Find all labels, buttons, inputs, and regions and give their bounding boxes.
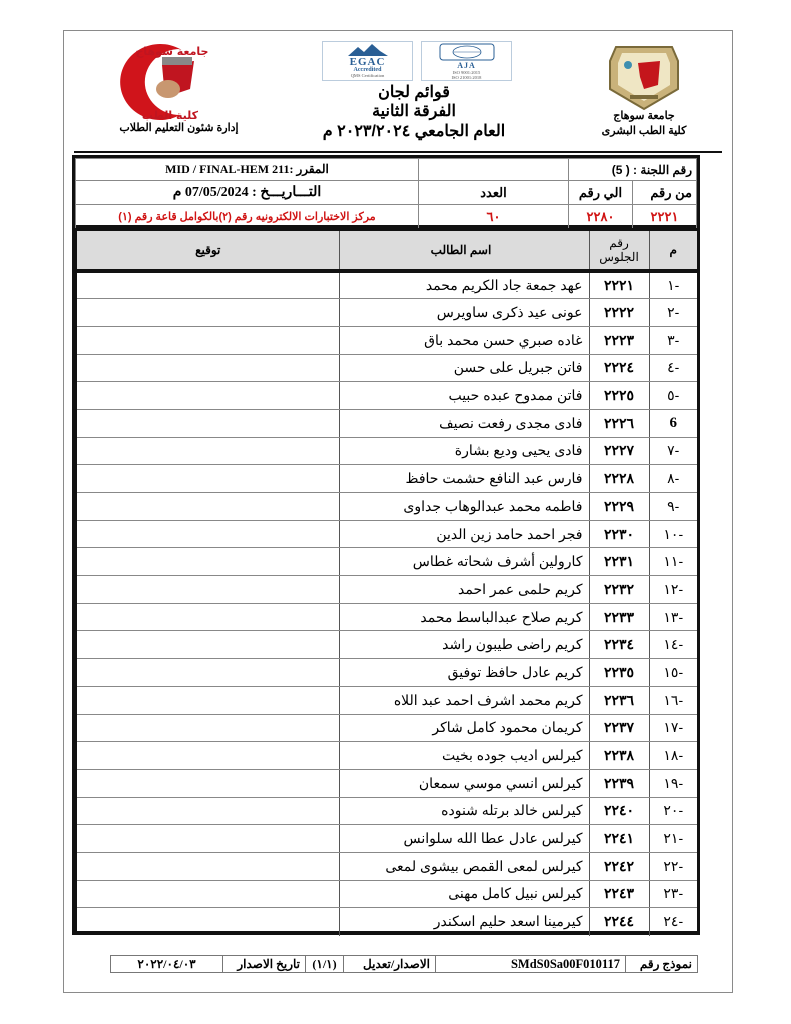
seat-number: ٢٢٢٩: [589, 493, 649, 521]
student-name: فادى يحيى وديع بشارة: [339, 437, 589, 465]
row-index: -٢: [649, 299, 697, 327]
student-name: كريم حلمى عمر احمد: [339, 576, 589, 604]
seat-number: ٢٢٢٣: [589, 326, 649, 354]
table-row: -١٩٢٢٣٩كيرلس انسي موسي سمعان: [77, 769, 697, 797]
signature-field[interactable]: [77, 465, 339, 493]
student-name: كيرلس نبيل كامل مهنى: [339, 880, 589, 908]
row-index: -٢١: [649, 825, 697, 853]
document-title: قوائم لجان الفرقة الثانية العام الجامعي …: [294, 83, 534, 142]
table-row: -١٣٢٢٣٣كريم صلاح عبدالباسط محمد: [77, 603, 697, 631]
row-index: -١٤: [649, 631, 697, 659]
issue-date-value: ٢٠٢٢/٠٤/٠٣: [111, 956, 222, 972]
aja-certification-logo: AJA ISO 9001:2015 ISO 21001:2018: [421, 41, 512, 81]
form-footer: نموذج رقم SMdS0Sa00F010117 الاصدار/تعديل…: [110, 955, 698, 973]
table-row: -٣٢٢٢٣غاده صبري حسن محمد باق: [77, 326, 697, 354]
student-name: كيرمينا اسعد حليم اسكندر: [339, 908, 589, 936]
seat-number: ٢٢٢٦: [589, 409, 649, 437]
signature-field[interactable]: [77, 908, 339, 936]
seat-number: ٢٢٤٤: [589, 908, 649, 936]
table-row: -١٢٢٢٣٢كريم حلمى عمر احمد: [77, 576, 697, 604]
row-index: -٢٠: [649, 797, 697, 825]
course-code: المقرر :MID / FINAL-HEM 211: [76, 159, 419, 181]
egac-accreditation-logo: EGAC Accredited QMS Certification: [322, 41, 413, 81]
student-name: فارس عبد النافع حشمت حافظ: [339, 465, 589, 493]
table-row: -٨٢٢٢٨فارس عبد النافع حشمت حافظ: [77, 465, 697, 493]
table-row: -١٧٢٢٣٧كريمان محمود كامل شاكر: [77, 714, 697, 742]
row-index: -١١: [649, 548, 697, 576]
student-name: كريمان محمود كامل شاكر: [339, 714, 589, 742]
signature-field[interactable]: [77, 852, 339, 880]
signature-field[interactable]: [77, 742, 339, 770]
row-index: -١٢: [649, 576, 697, 604]
table-row: -١٢٢٢١عهد جمعة جاد الكريم محمد: [77, 271, 697, 299]
column-header-student-name: اسم الطالب: [339, 231, 589, 271]
table-row: -٥٢٢٢٥فاتن ممدوح عبده حبيب: [77, 382, 697, 410]
seat-number: ٢٢٤٢: [589, 852, 649, 880]
seat-number: ٢٢٤١: [589, 825, 649, 853]
university-caption: جامعة سوهاج كلية الطب البشرى: [589, 109, 699, 139]
student-name: كريم راضى طيبون راشد: [339, 631, 589, 659]
from-number-label: من رقم: [633, 181, 697, 205]
table-row: -٤٢٢٢٤فاتن جبريل على حسن: [77, 354, 697, 382]
document-page: جامعة سوهاج كلية الطب إدارة شئون التعليم…: [63, 30, 733, 993]
signature-field[interactable]: [77, 548, 339, 576]
table-row: -١٠٢٢٣٠فجر احمد حامد زين الدين: [77, 520, 697, 548]
student-name: عهد جمعة جاد الكريم محمد: [339, 271, 589, 299]
signature-field[interactable]: [77, 880, 339, 908]
seat-number: ٢٢٣٤: [589, 631, 649, 659]
title-committee-lists: قوائم لجان: [294, 83, 534, 102]
seat-number: ٢٢٣١: [589, 548, 649, 576]
signature-field[interactable]: [77, 520, 339, 548]
row-index: -١٦: [649, 686, 697, 714]
signature-field[interactable]: [77, 825, 339, 853]
row-index: 6: [649, 409, 697, 437]
signature-field[interactable]: [77, 603, 339, 631]
student-name: فاتن ممدوح عبده حبيب: [339, 382, 589, 410]
seat-number: ٢٢٣٠: [589, 520, 649, 548]
document-header: جامعة سوهاج كلية الطب إدارة شئون التعليم…: [64, 31, 732, 156]
student-name: كيرلس لمعى القمص بيشوى لمعى: [339, 852, 589, 880]
student-name: كيرلس اديب جوده بخيت: [339, 742, 589, 770]
table-row: -١١٢٢٣١كارولين أشرف شحاته غطاس: [77, 548, 697, 576]
globe-icon: [439, 43, 495, 61]
student-name: كريم عادل حافظ توفيق: [339, 659, 589, 687]
to-number-label: الي رقم: [569, 181, 633, 205]
student-list-table: م رقم الجلوس اسم الطالب توقيع -١٢٢٢١عهد …: [72, 228, 700, 935]
table-row: -١٦٢٢٣٦كريم محمد اشرف احمد عبد اللاه: [77, 686, 697, 714]
row-index: -١: [649, 271, 697, 299]
row-index: -١٧: [649, 714, 697, 742]
committee-info-table: رقم اللجنة : ( 5) المقرر :MID / FINAL-HE…: [72, 155, 700, 228]
table-row: -٩٢٢٢٩فاطمه محمد عبدالوهاب جداوى: [77, 493, 697, 521]
row-index: -٢٤: [649, 908, 697, 936]
seat-number: ٢٢٢٧: [589, 437, 649, 465]
to-number-value: ٢٢٨٠: [569, 205, 633, 229]
seat-number: ٢٢٣٧: [589, 714, 649, 742]
from-number-value: ٢٢٢١: [633, 205, 697, 229]
seat-number: ٢٢٢٨: [589, 465, 649, 493]
exam-date: التـــاريـــخ : 07/05/2024 م: [76, 181, 419, 205]
committee-number: رقم اللجنة : ( 5): [569, 159, 697, 181]
signature-field[interactable]: [77, 493, 339, 521]
row-index: -٤: [649, 354, 697, 382]
table-row: -٢٣٢٢٤٣كيرلس نبيل كامل مهنى: [77, 880, 697, 908]
seat-number: ٢٢٣٢: [589, 576, 649, 604]
table-row: -٢٤٢٢٤٤كيرمينا اسعد حليم اسكندر: [77, 908, 697, 936]
count-label: العدد: [419, 181, 569, 205]
signature-field[interactable]: [77, 659, 339, 687]
seat-number: ٢٢٢٢: [589, 299, 649, 327]
table-row: -٢١٢٢٤١كيرلس عادل عطا الله سلوانس: [77, 825, 697, 853]
certification-logos: EGAC Accredited QMS Certification AJA IS…: [322, 41, 512, 81]
sohag-university-crest-icon: [604, 41, 684, 111]
table-row: -٢٠٢٢٤٠كيرلس خالد برتله شنوده: [77, 797, 697, 825]
student-name: كيرلس خالد برتله شنوده: [339, 797, 589, 825]
seat-number: ٢٢٢٤: [589, 354, 649, 382]
row-index: -٢٢: [649, 852, 697, 880]
seat-number: ٢٢٣٥: [589, 659, 649, 687]
signature-field[interactable]: [77, 354, 339, 382]
table-row: -١٨٢٢٣٨كيرلس اديب جوده بخيت: [77, 742, 697, 770]
row-index: -٣: [649, 326, 697, 354]
seat-number: ٢٢٢١: [589, 271, 649, 299]
issue-date-label: تاريخ الاصدار: [222, 956, 305, 972]
department-caption: إدارة شئون التعليم الطلاب: [114, 121, 244, 134]
seat-number: ٢٢٤٠: [589, 797, 649, 825]
signature-field[interactable]: [77, 299, 339, 327]
column-header-index: م: [649, 231, 697, 271]
faculty-of-medicine-logo-icon: جامعة سوهاج كلية الطب: [102, 39, 222, 125]
table-header-row: م رقم الجلوس اسم الطالب توقيع: [77, 231, 697, 271]
seat-number: ٢٢٢٥: [589, 382, 649, 410]
signature-field[interactable]: [77, 271, 339, 299]
signature-field[interactable]: [77, 714, 339, 742]
column-header-seat-number: رقم الجلوس: [589, 231, 649, 271]
student-name: فاتن جبريل على حسن: [339, 354, 589, 382]
signature-field[interactable]: [77, 437, 339, 465]
exam-venue: مركز الاختبارات الالكترونيه رقم (٢)بالكو…: [76, 205, 419, 229]
table-row: -٢٢٢٢٤٢كيرلس لمعى القمص بيشوى لمعى: [77, 852, 697, 880]
student-name: فجر احمد حامد زين الدين: [339, 520, 589, 548]
signature-field[interactable]: [77, 797, 339, 825]
row-index: -٨: [649, 465, 697, 493]
seat-number: ٢٢٣٩: [589, 769, 649, 797]
table-row: -١٤٢٢٣٤كريم راضى طيبون راشد: [77, 631, 697, 659]
count-value: ٦٠: [419, 205, 569, 229]
signature-field[interactable]: [77, 769, 339, 797]
row-index: -٢٣: [649, 880, 697, 908]
form-number-value: SMdS0Sa00F010117: [435, 956, 625, 972]
signature-field[interactable]: [77, 686, 339, 714]
student-name: عونى عيد ذكرى ساويرس: [339, 299, 589, 327]
title-academic-year: العام الجامعي ٢٠٢٣/٢٠٢٤ م: [294, 122, 534, 142]
student-name: كيرلس عادل عطا الله سلوانس: [339, 825, 589, 853]
row-index: -١٣: [649, 603, 697, 631]
signature-field[interactable]: [77, 631, 339, 659]
title-academic-year-level: الفرقة الثانية: [294, 102, 534, 122]
signature-field[interactable]: [77, 326, 339, 354]
row-index: -١٥: [649, 659, 697, 687]
issue-revision-label: الاصدار/تعديل: [343, 956, 435, 972]
header-divider: [74, 151, 722, 153]
row-index: -١٠: [649, 520, 697, 548]
row-index: -١٨: [649, 742, 697, 770]
table-row: -٢٢٢٢٢عونى عيد ذكرى ساويرس: [77, 299, 697, 327]
form-number-label: نموذج رقم: [625, 956, 697, 972]
student-name: كريم صلاح عبدالباسط محمد: [339, 603, 589, 631]
table-row: 6٢٢٢٦فادى مجدى رفعت نصيف: [77, 409, 697, 437]
signature-field[interactable]: [77, 409, 339, 437]
student-name: كارولين أشرف شحاته غطاس: [339, 548, 589, 576]
row-index: -١٩: [649, 769, 697, 797]
seat-number: ٢٢٣٣: [589, 603, 649, 631]
seat-number: ٢٢٣٨: [589, 742, 649, 770]
signature-field[interactable]: [77, 382, 339, 410]
student-name: غاده صبري حسن محمد باق: [339, 326, 589, 354]
seat-number: ٢٢٣٦: [589, 686, 649, 714]
svg-text:جامعة سوهاج: جامعة سوهاج: [136, 45, 209, 59]
issue-revision-value: (١/١): [305, 956, 343, 972]
student-name: كريم محمد اشرف احمد عبد اللاه: [339, 686, 589, 714]
mountain-icon: [348, 44, 388, 56]
seat-number: ٢٢٤٣: [589, 880, 649, 908]
row-index: -٧: [649, 437, 697, 465]
table-row: -١٥٢٢٣٥كريم عادل حافظ توفيق: [77, 659, 697, 687]
student-name: كيرلس انسي موسي سمعان: [339, 769, 589, 797]
row-index: -٥: [649, 382, 697, 410]
signature-field[interactable]: [77, 576, 339, 604]
student-name: فاطمه محمد عبدالوهاب جداوى: [339, 493, 589, 521]
row-index: -٩: [649, 493, 697, 521]
student-name: فادى مجدى رفعت نصيف: [339, 409, 589, 437]
table-row: -٧٢٢٢٧فادى يحيى وديع بشارة: [77, 437, 697, 465]
column-header-signature: توقيع: [77, 231, 339, 271]
